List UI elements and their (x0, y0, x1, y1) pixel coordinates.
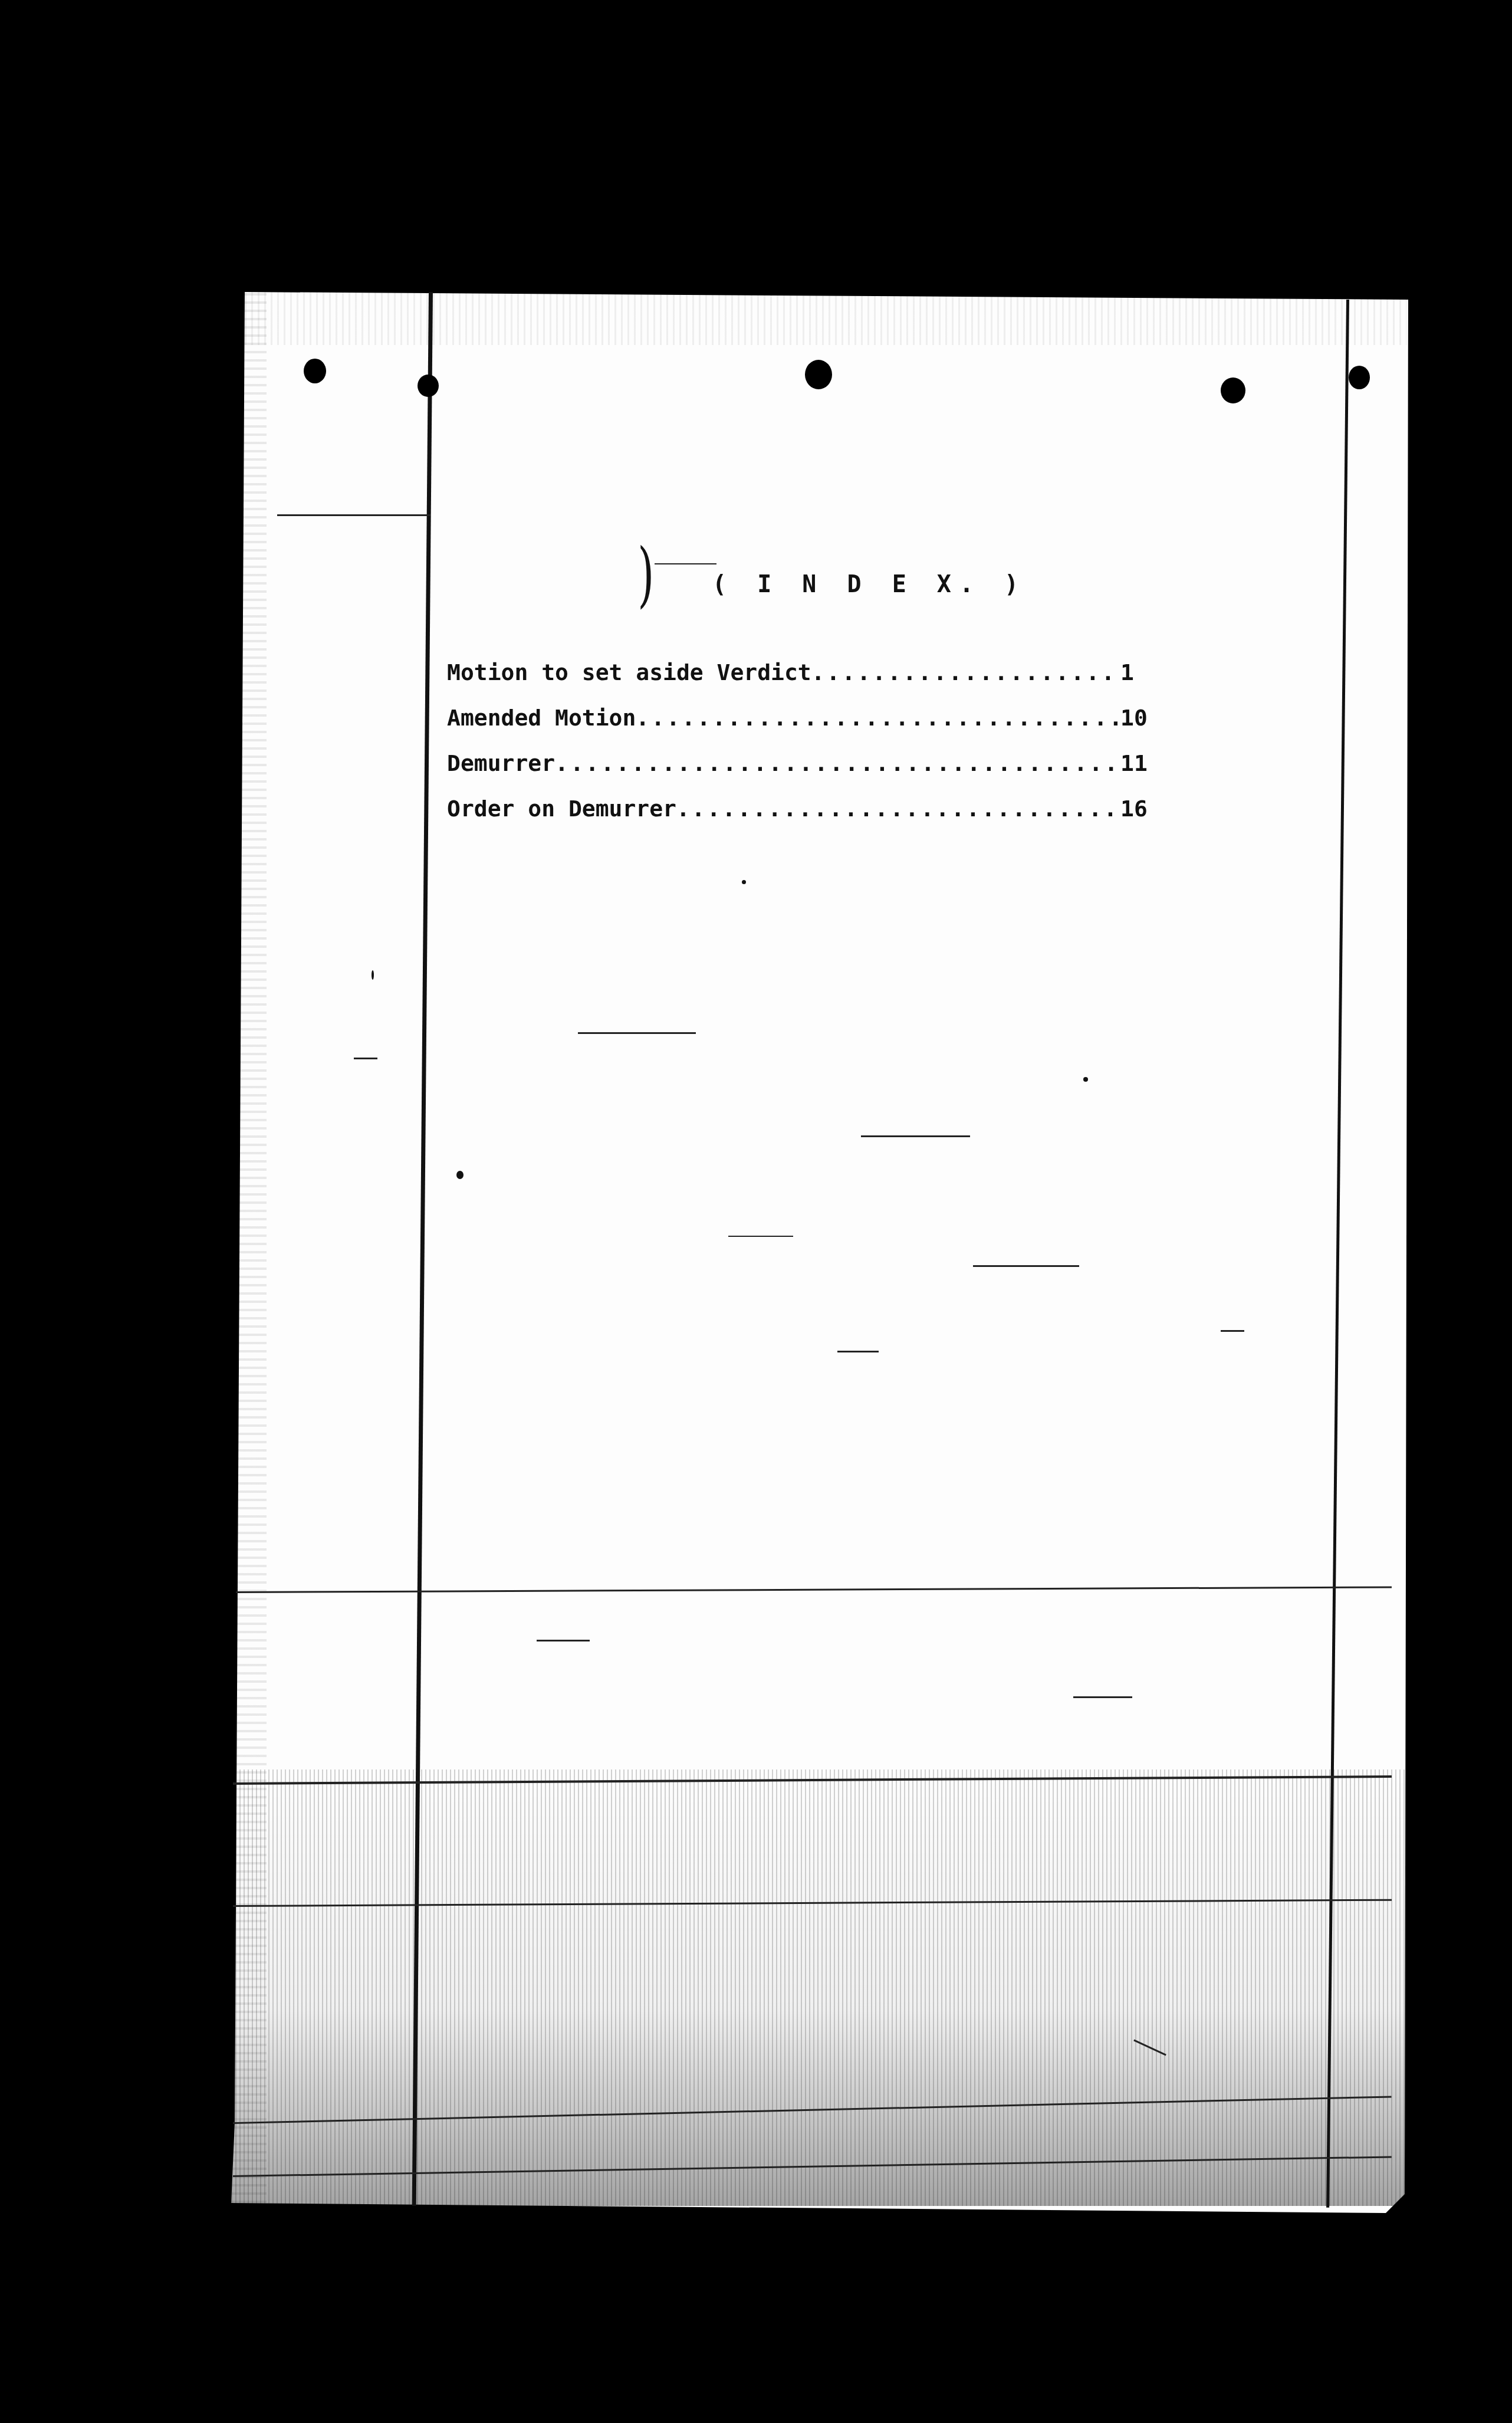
dot-leader: ........................................… (555, 750, 1120, 776)
ink-dash (861, 1135, 970, 1137)
punch-hole (304, 359, 326, 383)
index-entry: Motion to set aside Verdict ............… (447, 659, 1149, 705)
index-entry: Demurrer ...............................… (447, 750, 1149, 796)
ink-dash (537, 1640, 590, 1641)
entry-page-number: 11 (1120, 750, 1149, 776)
ink-dash (728, 1236, 793, 1237)
entry-label: Amended Motion (447, 705, 636, 731)
ink-dash (1221, 1330, 1244, 1332)
paper-grain-bottom (231, 1769, 1405, 2206)
dot-leader: ........................................… (636, 705, 1120, 731)
index-entry: Order on Demurrer ......................… (447, 796, 1149, 841)
entry-label: Order on Demurrer (447, 796, 676, 822)
paper-grain-top (245, 292, 1406, 345)
punch-hole (805, 360, 832, 389)
ink-dash (973, 1265, 1079, 1267)
punch-hole (1349, 366, 1370, 389)
ruled-line (277, 514, 430, 516)
index-list: Motion to set aside Verdict ............… (447, 659, 1149, 841)
entry-label: Demurrer (447, 750, 555, 776)
ink-dash (1073, 1696, 1132, 1698)
ink-speck (372, 970, 374, 980)
entry-page-number: 10 (1120, 705, 1149, 731)
index-heading: ( I N D E X. ) (712, 571, 889, 598)
ink-dash (354, 1058, 377, 1059)
handwritten-bracket-mark: ) (637, 534, 654, 616)
entry-page-number: 1 (1120, 659, 1149, 685)
dot-leader: ........................................… (676, 796, 1120, 822)
ink-dash (837, 1351, 879, 1352)
entry-page-number: 16 (1120, 796, 1149, 822)
ink-speck (456, 1171, 464, 1179)
pencil-mark (655, 563, 716, 564)
ink-dash (578, 1032, 696, 1034)
punch-hole (1221, 377, 1245, 403)
punch-hole (418, 375, 439, 397)
ink-speck (1083, 1077, 1088, 1082)
entry-label: Motion to set aside Verdict (447, 659, 811, 685)
dot-leader: ........................................… (811, 659, 1120, 685)
ink-speck (742, 880, 746, 884)
index-entry: Amended Motion .........................… (447, 705, 1149, 750)
